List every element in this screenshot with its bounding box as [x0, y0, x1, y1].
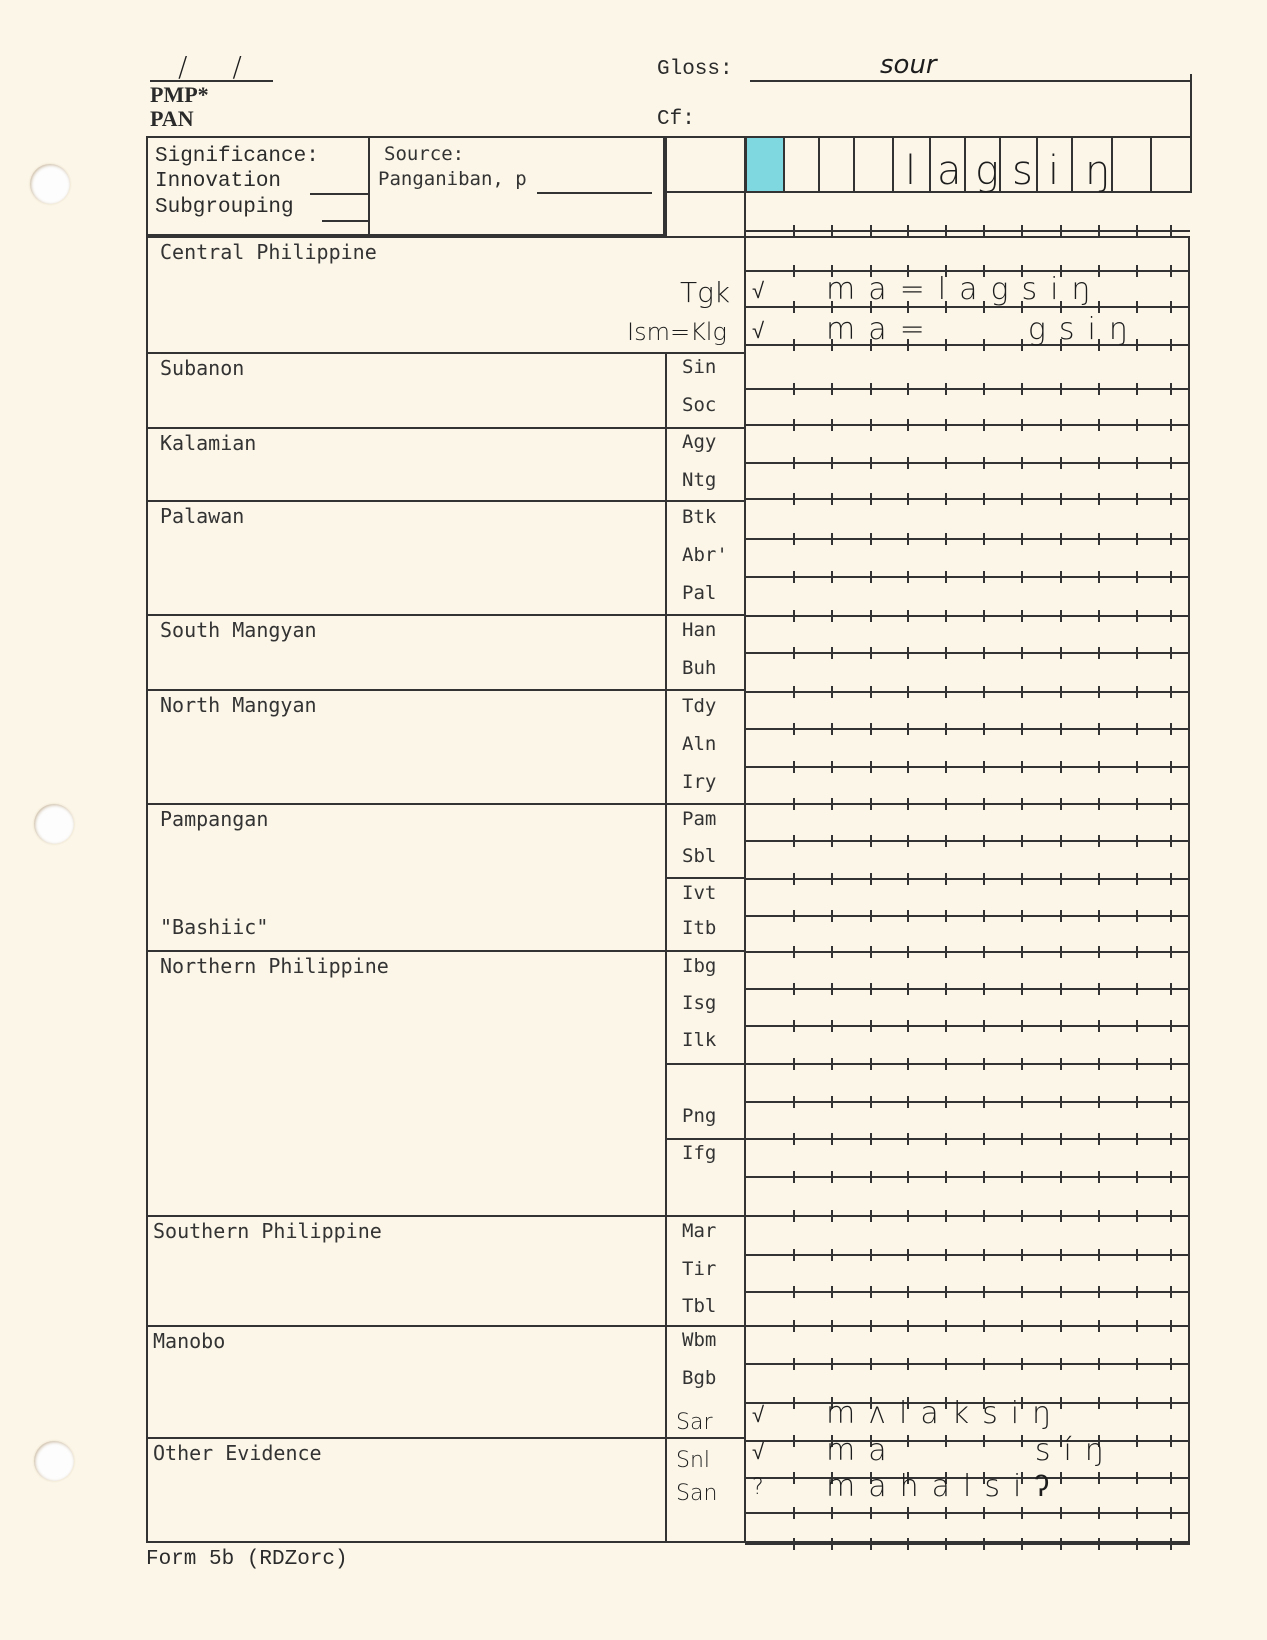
gloss-box-right [1190, 74, 1192, 136]
grid-tick [1060, 457, 1062, 469]
grid-tick [945, 761, 947, 773]
grid-tick [1136, 571, 1138, 583]
grid-tick [983, 1358, 985, 1370]
grid-tick [1021, 1133, 1023, 1145]
section-divider [146, 950, 744, 952]
grid-tick [983, 835, 985, 847]
main-table [146, 236, 1190, 1543]
grid-tick [1060, 723, 1062, 735]
language-abbr: Tdy [682, 695, 716, 717]
reconstruction-segment: s [1012, 148, 1033, 194]
grid-tick [870, 983, 872, 995]
entry-form[interactable]: ma síŋ [826, 1433, 1117, 1468]
grid-tick [1021, 1320, 1023, 1332]
grid-tick [1060, 647, 1062, 659]
section-divider [146, 1325, 744, 1327]
form-label: Form 5b (RDZorc) [146, 1548, 348, 1571]
language-abbr: Isg [682, 992, 716, 1014]
grid-tick [907, 835, 909, 847]
entry-mark: √ [752, 318, 764, 344]
grid-tick [983, 571, 985, 583]
grid-row-line [745, 878, 1190, 880]
grid-tick [793, 339, 795, 351]
grid-tick [1098, 946, 1100, 958]
grid-row-line [745, 1512, 1190, 1514]
header-cell-divider [964, 136, 966, 193]
section-divider [665, 877, 744, 879]
grid-tick [793, 686, 795, 698]
grid-row-line [745, 951, 1190, 953]
grid-tick [870, 1507, 872, 1519]
grid-tick [1170, 571, 1172, 583]
grid-row-line [745, 1325, 1190, 1327]
grid-tick [1021, 610, 1023, 622]
grid-tick [1098, 1397, 1100, 1409]
entry-mark: ? [752, 1475, 764, 1500]
grid-tick [1136, 493, 1138, 505]
grid-tick [793, 1472, 795, 1484]
grid-tick [1136, 647, 1138, 659]
grid-tick [1136, 1133, 1138, 1145]
grid-row-line [745, 388, 1190, 390]
grid-tick [831, 647, 833, 659]
grid-tick [831, 910, 833, 922]
grid-row-line [745, 840, 1190, 842]
grid-tick [793, 533, 795, 545]
grid-tick [1098, 873, 1100, 885]
grid-tick [907, 1058, 909, 1070]
grid-tick [1060, 1507, 1062, 1519]
grid-tick [907, 457, 909, 469]
highlighted-cell [747, 138, 783, 191]
grid-tick [1136, 383, 1138, 395]
language-abbr: Ism=Klg [627, 318, 727, 346]
grid-tick [907, 1249, 909, 1261]
grid-tick [1021, 761, 1023, 773]
section-divider [146, 803, 744, 805]
grid-tick [870, 1320, 872, 1332]
grid-tick [1136, 798, 1138, 810]
grid-tick [945, 383, 947, 395]
grid-tick [1170, 1249, 1172, 1261]
grid-tick [983, 1286, 985, 1298]
language-abbr: Soc [682, 394, 716, 416]
grid-tick [831, 1358, 833, 1370]
grid-tick [793, 761, 795, 773]
grid-tick [1136, 1096, 1138, 1108]
grid-tick [907, 533, 909, 545]
grid-tick [983, 225, 985, 237]
grid-tick [1098, 910, 1100, 922]
grid-tick [1136, 1472, 1138, 1484]
grid-tick [983, 419, 985, 431]
grid-tick [1021, 983, 1023, 995]
grid-tick [1098, 493, 1100, 505]
grid-row-line [745, 1215, 1190, 1217]
grid-row-line [745, 1025, 1190, 1027]
grid-tick [945, 723, 947, 735]
cf-label: Cf: [657, 108, 695, 131]
grid-tick [1170, 686, 1172, 698]
grid-tick [1170, 1210, 1172, 1222]
section-label: Palawan [160, 504, 244, 528]
grid-tick [907, 1210, 909, 1222]
grid-tick [1136, 1286, 1138, 1298]
language-abbr: Bgb [682, 1367, 716, 1389]
grid-tick [793, 1435, 795, 1447]
grid-tick [1170, 493, 1172, 505]
grid-tick [983, 873, 985, 885]
grid-tick [793, 723, 795, 735]
grid-tick [1060, 533, 1062, 545]
grid-tick [793, 419, 795, 431]
grid-tick [870, 1210, 872, 1222]
grid-tick [1021, 873, 1023, 885]
grid-row-line [745, 803, 1190, 805]
grid-row-line [745, 988, 1190, 990]
grid-tick [983, 493, 985, 505]
language-abbr: Aln [682, 733, 716, 755]
grid-tick [1170, 1096, 1172, 1108]
language-abbr: Btk [682, 506, 716, 528]
grid-tick [907, 419, 909, 431]
section-label: Pampangan [160, 807, 268, 831]
grid-tick [1170, 910, 1172, 922]
grid-tick [907, 1358, 909, 1370]
grid-tick [1060, 1358, 1062, 1370]
grid-tick [1060, 1133, 1062, 1145]
grid-tick [870, 1249, 872, 1261]
grid-tick [1170, 1020, 1172, 1032]
grid-tick [1098, 647, 1100, 659]
grid-tick [870, 835, 872, 847]
grid-tick [945, 983, 947, 995]
grid-row-line [745, 1291, 1190, 1293]
grid-tick [1098, 761, 1100, 773]
grid-tick [1170, 761, 1172, 773]
grid-tick [1060, 1249, 1062, 1261]
punch-hole-bottom [34, 1441, 74, 1481]
grid-tick [907, 647, 909, 659]
grid-tick [945, 1096, 947, 1108]
grid-row-line [745, 1254, 1190, 1256]
grid-tick [870, 1096, 872, 1108]
grid-tick [907, 1171, 909, 1183]
source-page-field[interactable] [537, 192, 652, 194]
grid-tick [945, 1249, 947, 1261]
entry-form[interactable]: mʌlaksiŋ [826, 1396, 1064, 1431]
section-label: Manobo [153, 1329, 225, 1353]
grid-tick [870, 533, 872, 545]
grid-tick [1021, 1358, 1023, 1370]
grid-tick [1060, 1538, 1062, 1550]
grid-tick [793, 1210, 795, 1222]
grid-tick [831, 457, 833, 469]
grid-tick [870, 761, 872, 773]
grid-row-line [745, 230, 1190, 232]
language-abbr: Sar [676, 1410, 713, 1435]
grid-tick [1170, 339, 1172, 351]
grid-tick [793, 983, 795, 995]
subgroup-divider [665, 1138, 745, 1140]
grid-tick [1136, 983, 1138, 995]
grid-row-line [745, 615, 1190, 617]
language-abbr: Ifg [682, 1142, 716, 1164]
grid-tick [793, 798, 795, 810]
grid-tick [1021, 1538, 1023, 1550]
grid-tick [983, 647, 985, 659]
grid-tick [1136, 946, 1138, 958]
section-label: Other Evidence [153, 1441, 322, 1465]
language-abbr: Itb [682, 917, 716, 939]
header-cell-divider [1036, 136, 1038, 193]
entry-form[interactable]: ma=lagsiŋ [826, 272, 1103, 307]
grid-tick [793, 1096, 795, 1108]
grid-tick [983, 686, 985, 698]
grid-tick [793, 910, 795, 922]
grid-tick [945, 647, 947, 659]
grid-tick [1021, 493, 1023, 505]
grid-row-line [745, 728, 1190, 730]
grid-tick [1170, 225, 1172, 237]
grid-tick [831, 1171, 833, 1183]
grid-tick [1098, 1249, 1100, 1261]
grid-tick [983, 1210, 985, 1222]
grid-tick [1136, 1538, 1138, 1550]
grid-tick [1136, 1507, 1138, 1519]
grid-tick [870, 1538, 872, 1550]
grid-tick [1136, 873, 1138, 885]
grid-tick [870, 571, 872, 583]
grid-tick [907, 723, 909, 735]
header-abbr-cell [665, 136, 745, 236]
significance-title: Significance: [155, 145, 319, 168]
grid-tick [1170, 610, 1172, 622]
grid-tick [793, 493, 795, 505]
grid-tick [831, 1096, 833, 1108]
grid-tick [1136, 686, 1138, 698]
grid-tick [870, 798, 872, 810]
gloss-line [750, 80, 1192, 82]
grid-tick [1060, 1171, 1062, 1183]
gloss-value[interactable]: sour [880, 50, 937, 80]
grid-tick [1136, 723, 1138, 735]
grid-tick [1136, 533, 1138, 545]
grid-tick [1098, 457, 1100, 469]
grid-row-line [745, 691, 1190, 693]
grid-tick [1136, 265, 1138, 277]
grid-tick [1170, 1397, 1172, 1409]
language-abbr: Abr' [682, 544, 728, 566]
header-cell-divider [783, 136, 785, 193]
grid-tick [1098, 610, 1100, 622]
grid-tick [945, 1358, 947, 1370]
grid-tick [1170, 1435, 1172, 1447]
grid-tick [1060, 225, 1062, 237]
subgrouping-field[interactable] [322, 220, 368, 222]
grid-tick [1170, 873, 1172, 885]
grid-tick [945, 910, 947, 922]
grid-tick [831, 533, 833, 545]
grid-tick [1136, 910, 1138, 922]
section-divider [146, 689, 744, 691]
grid-tick [1021, 457, 1023, 469]
grid-tick [870, 910, 872, 922]
grid-tick [945, 225, 947, 237]
grid-tick [907, 686, 909, 698]
grid-tick [1098, 383, 1100, 395]
grid-tick [1170, 647, 1172, 659]
grid-tick [1098, 419, 1100, 431]
grid-tick [945, 1538, 947, 1550]
grid-tick [1021, 419, 1023, 431]
grid-tick [1060, 946, 1062, 958]
grid-tick [831, 873, 833, 885]
grid-tick [1170, 457, 1172, 469]
grid-tick [983, 1249, 985, 1261]
grid-tick [1060, 910, 1062, 922]
section-divider [146, 1215, 744, 1217]
grid-tick [793, 1538, 795, 1550]
gloss-label: Gloss: [657, 58, 733, 81]
grid-tick [1098, 1058, 1100, 1070]
grid-tick [907, 761, 909, 773]
grid-tick [1021, 946, 1023, 958]
grid-tick [793, 1286, 795, 1298]
grid-tick [831, 686, 833, 698]
grid-tick [945, 1507, 947, 1519]
grid-tick [831, 1538, 833, 1550]
innovation-label: Innovation [155, 170, 281, 193]
grid-row-line [745, 1363, 1190, 1365]
grid-tick [945, 1020, 947, 1032]
grid-tick [1060, 798, 1062, 810]
grid-tick [1136, 1249, 1138, 1261]
proto-label-pan: PAN [150, 106, 194, 132]
header-cell-divider [929, 136, 931, 193]
grid-tick [831, 383, 833, 395]
grid-row-line [745, 1543, 1190, 1545]
grid-tick [1021, 1096, 1023, 1108]
language-abbr: Ilk [682, 1029, 716, 1051]
language-abbr: San [676, 1481, 717, 1506]
grid-tick [907, 1538, 909, 1550]
grid-tick [793, 571, 795, 583]
header-cell-divider [853, 136, 855, 193]
grid-tick [1136, 835, 1138, 847]
grid-tick [983, 798, 985, 810]
grid-tick [1098, 1320, 1100, 1332]
grid-tick [983, 723, 985, 735]
grid-tick [1170, 1320, 1172, 1332]
source-value: Panganiban, p [378, 168, 527, 190]
grid-tick [1098, 835, 1100, 847]
section-divider [146, 352, 744, 354]
language-abbr: Png [682, 1105, 716, 1127]
grid-tick [1170, 1286, 1172, 1298]
grid-tick [1098, 1538, 1100, 1550]
header-cell-divider [1071, 136, 1073, 193]
grid-tick [1098, 533, 1100, 545]
grid-tick [793, 647, 795, 659]
grid-tick [1021, 1171, 1023, 1183]
grid-tick [1136, 610, 1138, 622]
grid-tick [907, 910, 909, 922]
section-divider [146, 500, 744, 502]
grid-tick [907, 873, 909, 885]
grid-tick [1021, 835, 1023, 847]
grid-tick [793, 225, 795, 237]
grid-tick [793, 1358, 795, 1370]
language-abbr: Han [682, 619, 716, 641]
grid-tick [945, 946, 947, 958]
grid-tick [870, 1286, 872, 1298]
grid-tick [793, 1133, 795, 1145]
grid-tick [831, 1249, 833, 1261]
grid-tick [945, 1171, 947, 1183]
grid-tick [983, 457, 985, 469]
grid-tick [907, 1020, 909, 1032]
grid-tick [831, 571, 833, 583]
entry-form[interactable]: mahalsiʔ [826, 1469, 1062, 1504]
grid-tick [945, 1058, 947, 1070]
grid-tick [831, 983, 833, 995]
grid-tick [1098, 1171, 1100, 1183]
header-cell-divider [892, 136, 894, 193]
innovation-field[interactable] [310, 193, 368, 195]
grid-tick [983, 533, 985, 545]
language-abbr: Buh [682, 657, 716, 679]
grid-tick [945, 835, 947, 847]
language-abbr: Ntg [682, 469, 716, 491]
grid-tick [907, 493, 909, 505]
grid-tick [831, 798, 833, 810]
header-cell-divider [818, 136, 820, 193]
section-label: South Mangyan [160, 618, 317, 642]
grid-tick [983, 1096, 985, 1108]
grid-tick [1098, 723, 1100, 735]
grid-tick [1021, 533, 1023, 545]
grid-tick [1098, 225, 1100, 237]
section-label: "Bashiic" [160, 915, 268, 939]
grid-tick [870, 610, 872, 622]
punch-hole-top [30, 164, 70, 204]
section-label: Northern Philippine [160, 954, 389, 978]
grid-tick [793, 301, 795, 313]
grid-tick [1170, 1538, 1172, 1550]
grid-row-line [745, 576, 1190, 578]
grid-tick [870, 1020, 872, 1032]
grid-tick [793, 265, 795, 277]
grid-row-line [745, 1138, 1190, 1140]
grid-tick [907, 1286, 909, 1298]
reconstruction-segment: i [1048, 148, 1059, 194]
grid-tick [1021, 383, 1023, 395]
grid-tick [907, 1507, 909, 1519]
grid-tick [983, 1020, 985, 1032]
grid-tick [1021, 723, 1023, 735]
grid-tick [831, 835, 833, 847]
grid-tick [1060, 493, 1062, 505]
grid-tick [1098, 1133, 1100, 1145]
entry-form[interactable]: ma= gsiŋ [826, 312, 1141, 347]
header-cell-divider [999, 136, 1001, 193]
section-divider [146, 1437, 744, 1439]
reconstruction-segment: g [975, 148, 999, 194]
grid-tick [870, 873, 872, 885]
language-abbr: Tgk [680, 276, 730, 309]
grid-tick [1098, 1096, 1100, 1108]
